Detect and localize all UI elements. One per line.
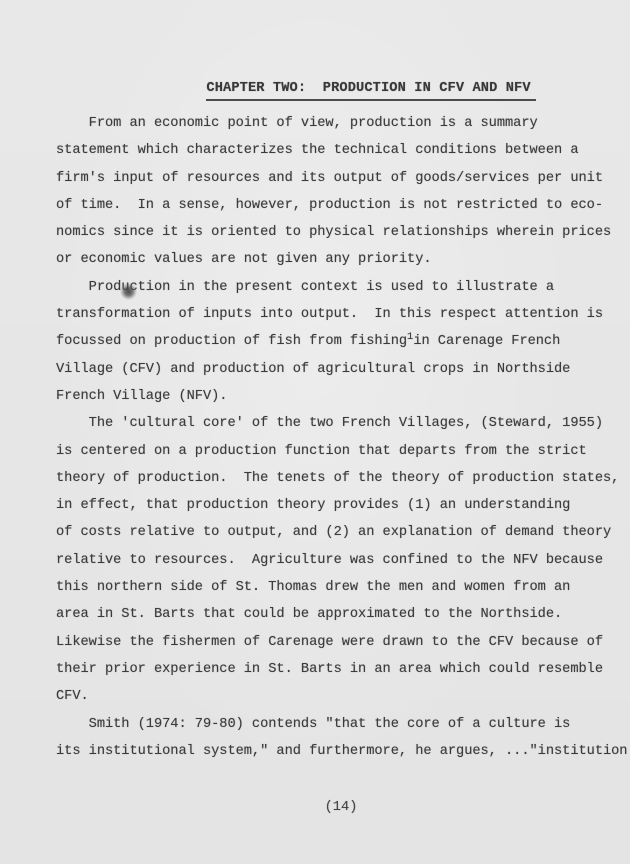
text-line: firm's input of resources and its output… [56,165,630,192]
text-line: focussed on production of fish from fish… [56,328,630,355]
text-line: is centered on a production function tha… [56,438,630,465]
ink-smudge [120,283,137,300]
text-line: Production in the present context is use… [56,274,630,301]
text-line: transformation of inputs into output. In… [56,301,630,328]
text-line: their prior experience in St. Barts in a… [56,656,630,683]
scanned-document-page: CHAPTER TWO: PRODUCTION IN CFV AND NFV F… [0,0,630,864]
text-line: From an economic point of view, producti… [56,110,630,137]
text-line: The 'cultural core' of the two French Vi… [56,410,630,437]
text-line: area in St. Barts that could be approxim… [56,601,630,628]
text-line: relative to resources. Agriculture was c… [56,547,630,574]
text-line: this northern side of St. Thomas drew th… [56,574,630,601]
text-line: statement which characterizes the techni… [56,137,630,164]
text-line: nomics since it is oriented to physical … [56,219,630,246]
text-line: Village (CFV) and production of agricult… [56,356,630,383]
document-body: From an economic point of view, producti… [56,110,630,765]
text-line: of costs relative to output, and (2) an … [56,519,630,546]
text-line: CFV. [56,683,630,710]
page-number: (14) [325,800,358,815]
text-line: its institutional system," and furthermo… [56,738,630,765]
chapter-title-text: CHAPTER TWO: PRODUCTION IN CFV AND NFV [206,81,535,101]
text-line: Smith (1974: 79-80) contends "that the c… [56,711,630,738]
text-line: theory of production. The tenets of the … [56,465,630,492]
text-line: Likewise the fishermen of Carenage were … [56,629,630,656]
text-line: or economic values are not given any pri… [56,246,630,273]
text-line: in effect, that production theory provid… [56,492,630,519]
text-line: of time. In a sense, however, production… [56,192,630,219]
footnote-marker: 1 [407,331,413,343]
text-line: French Village (NFV). [56,383,630,410]
